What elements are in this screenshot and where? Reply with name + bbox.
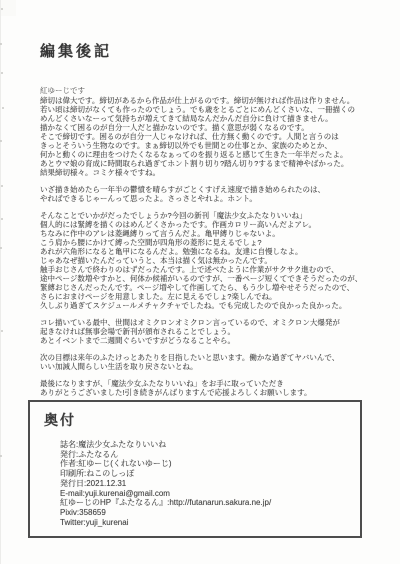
scan-artifact [0,140,2,142]
scan-artifact [1,8,3,10]
scan-artifact [1,185,3,187]
scan-artifact [2,107,4,109]
colophon-title: 奥付 [44,410,76,430]
author-greeting: 紅ゆーじです [40,85,85,96]
afterword-paragraph: 最後になりますが、「魔法少女ふたなりいいね」をお手に取っていただき ありがとうご… [40,379,380,397]
afterword-paragraph: いざ描き始めたら一年半の鬱憤を晴らすがごとくすげえ速度で描き始められたのは、 や… [40,185,380,203]
scan-artifact [0,247,2,249]
scan-artifact [1,72,3,74]
scanned-afterword-page: 編集後記 紅ゆーじです 締切は偉大です。締切があるから作品が仕上がるのです。締切… [0,0,400,564]
afterword-paragraph: 次の目標は来年のふたけっとあたりを目指したいと思います。働かな過ぎてヤバいんで、… [40,353,380,371]
scan-artifact [1,218,3,220]
colophon-entries: 誌名:魔法少女ふたなりいいね 発行:ふたなるん 作者:紅ゆーじ(くれないゆーじ)… [60,440,271,527]
scan-artifact [0,43,2,45]
afterword-paragraph: 締切は偉大です。締切があるから作品が仕上がるのです。締切が無ければ作品は作りませ… [40,96,380,177]
afterword-title: 編集後記 [40,40,112,61]
scan-artifact [0,0,1,564]
scan-artifact [0,455,2,457]
afterword-paragraph: コレ描いている最中、世間はオミクロンオミクロン言っているので、オミクロン大爆発が… [40,318,380,345]
scan-artifact [1,330,3,332]
afterword-paragraph: そんなことでいかがだったでしょうか?今回の新刊「魔法少女ふたなりいいね」 個人的… [40,211,380,310]
colophon-box: 奥付 誌名:魔法少女ふたなりいいね 発行:ふたなるん 作者:紅ゆーじ(くれないゆ… [28,400,362,538]
afterword-body: 締切は偉大です。締切があるから作品が仕上がるのです。締切が無ければ作品は作りませ… [40,96,380,405]
